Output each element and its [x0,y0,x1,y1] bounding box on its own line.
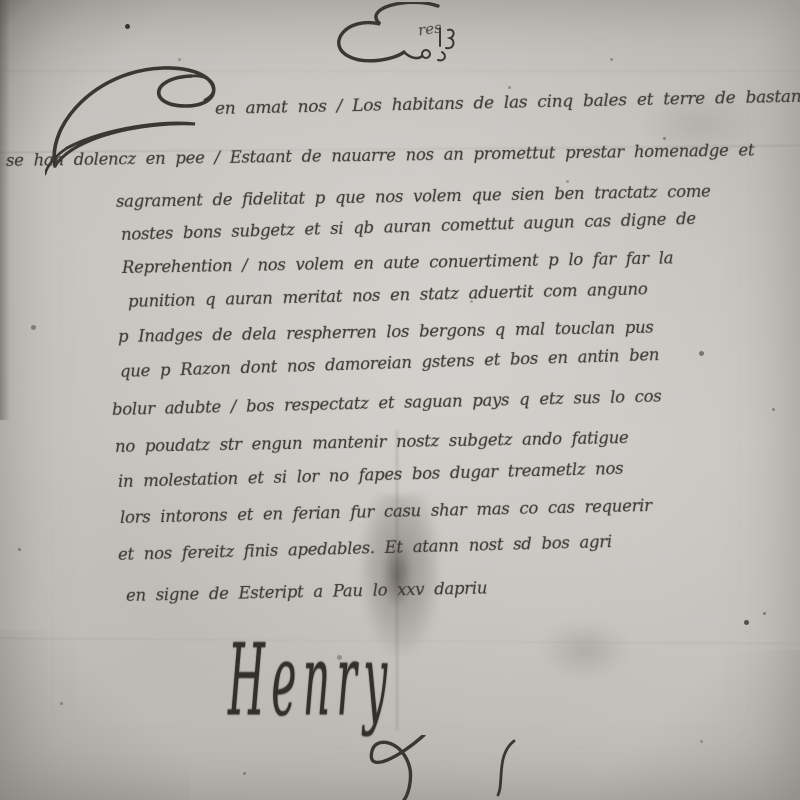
heading-docket: res [322,2,482,80]
manuscript-line: punition q auran meritat nos en statz ad… [128,279,648,311]
manuscript-line: no poudatz str engun mantenir nostz subg… [115,428,629,456]
manuscript-scan: res en amat nos / Los habitans de las ci… [0,0,800,800]
manuscript-line: in molestation et si lor no fapes bos du… [118,459,624,491]
signature-flourish-svg [300,735,560,800]
page-edge-shadow-left [0,0,10,420]
manuscript-line: Reprehention / nos volem en aute conuert… [122,248,674,277]
paper-speckles [0,0,3,3]
manuscript-line: bolur adubte / bos respectatz et saguan … [112,387,662,419]
heading-abbreviation: res [417,18,443,39]
flourish-initial-l [322,2,482,80]
signature-henry: Henry [228,622,394,738]
page-corner-shadow-bottom-left [0,630,190,800]
signature-flourish [300,735,560,800]
paper-stain [540,620,630,680]
manuscript-line: p Inadges de dela respherren los bergons… [118,318,654,346]
manuscript-line: que p Razon dont nos damoreian gstens et… [120,345,660,381]
